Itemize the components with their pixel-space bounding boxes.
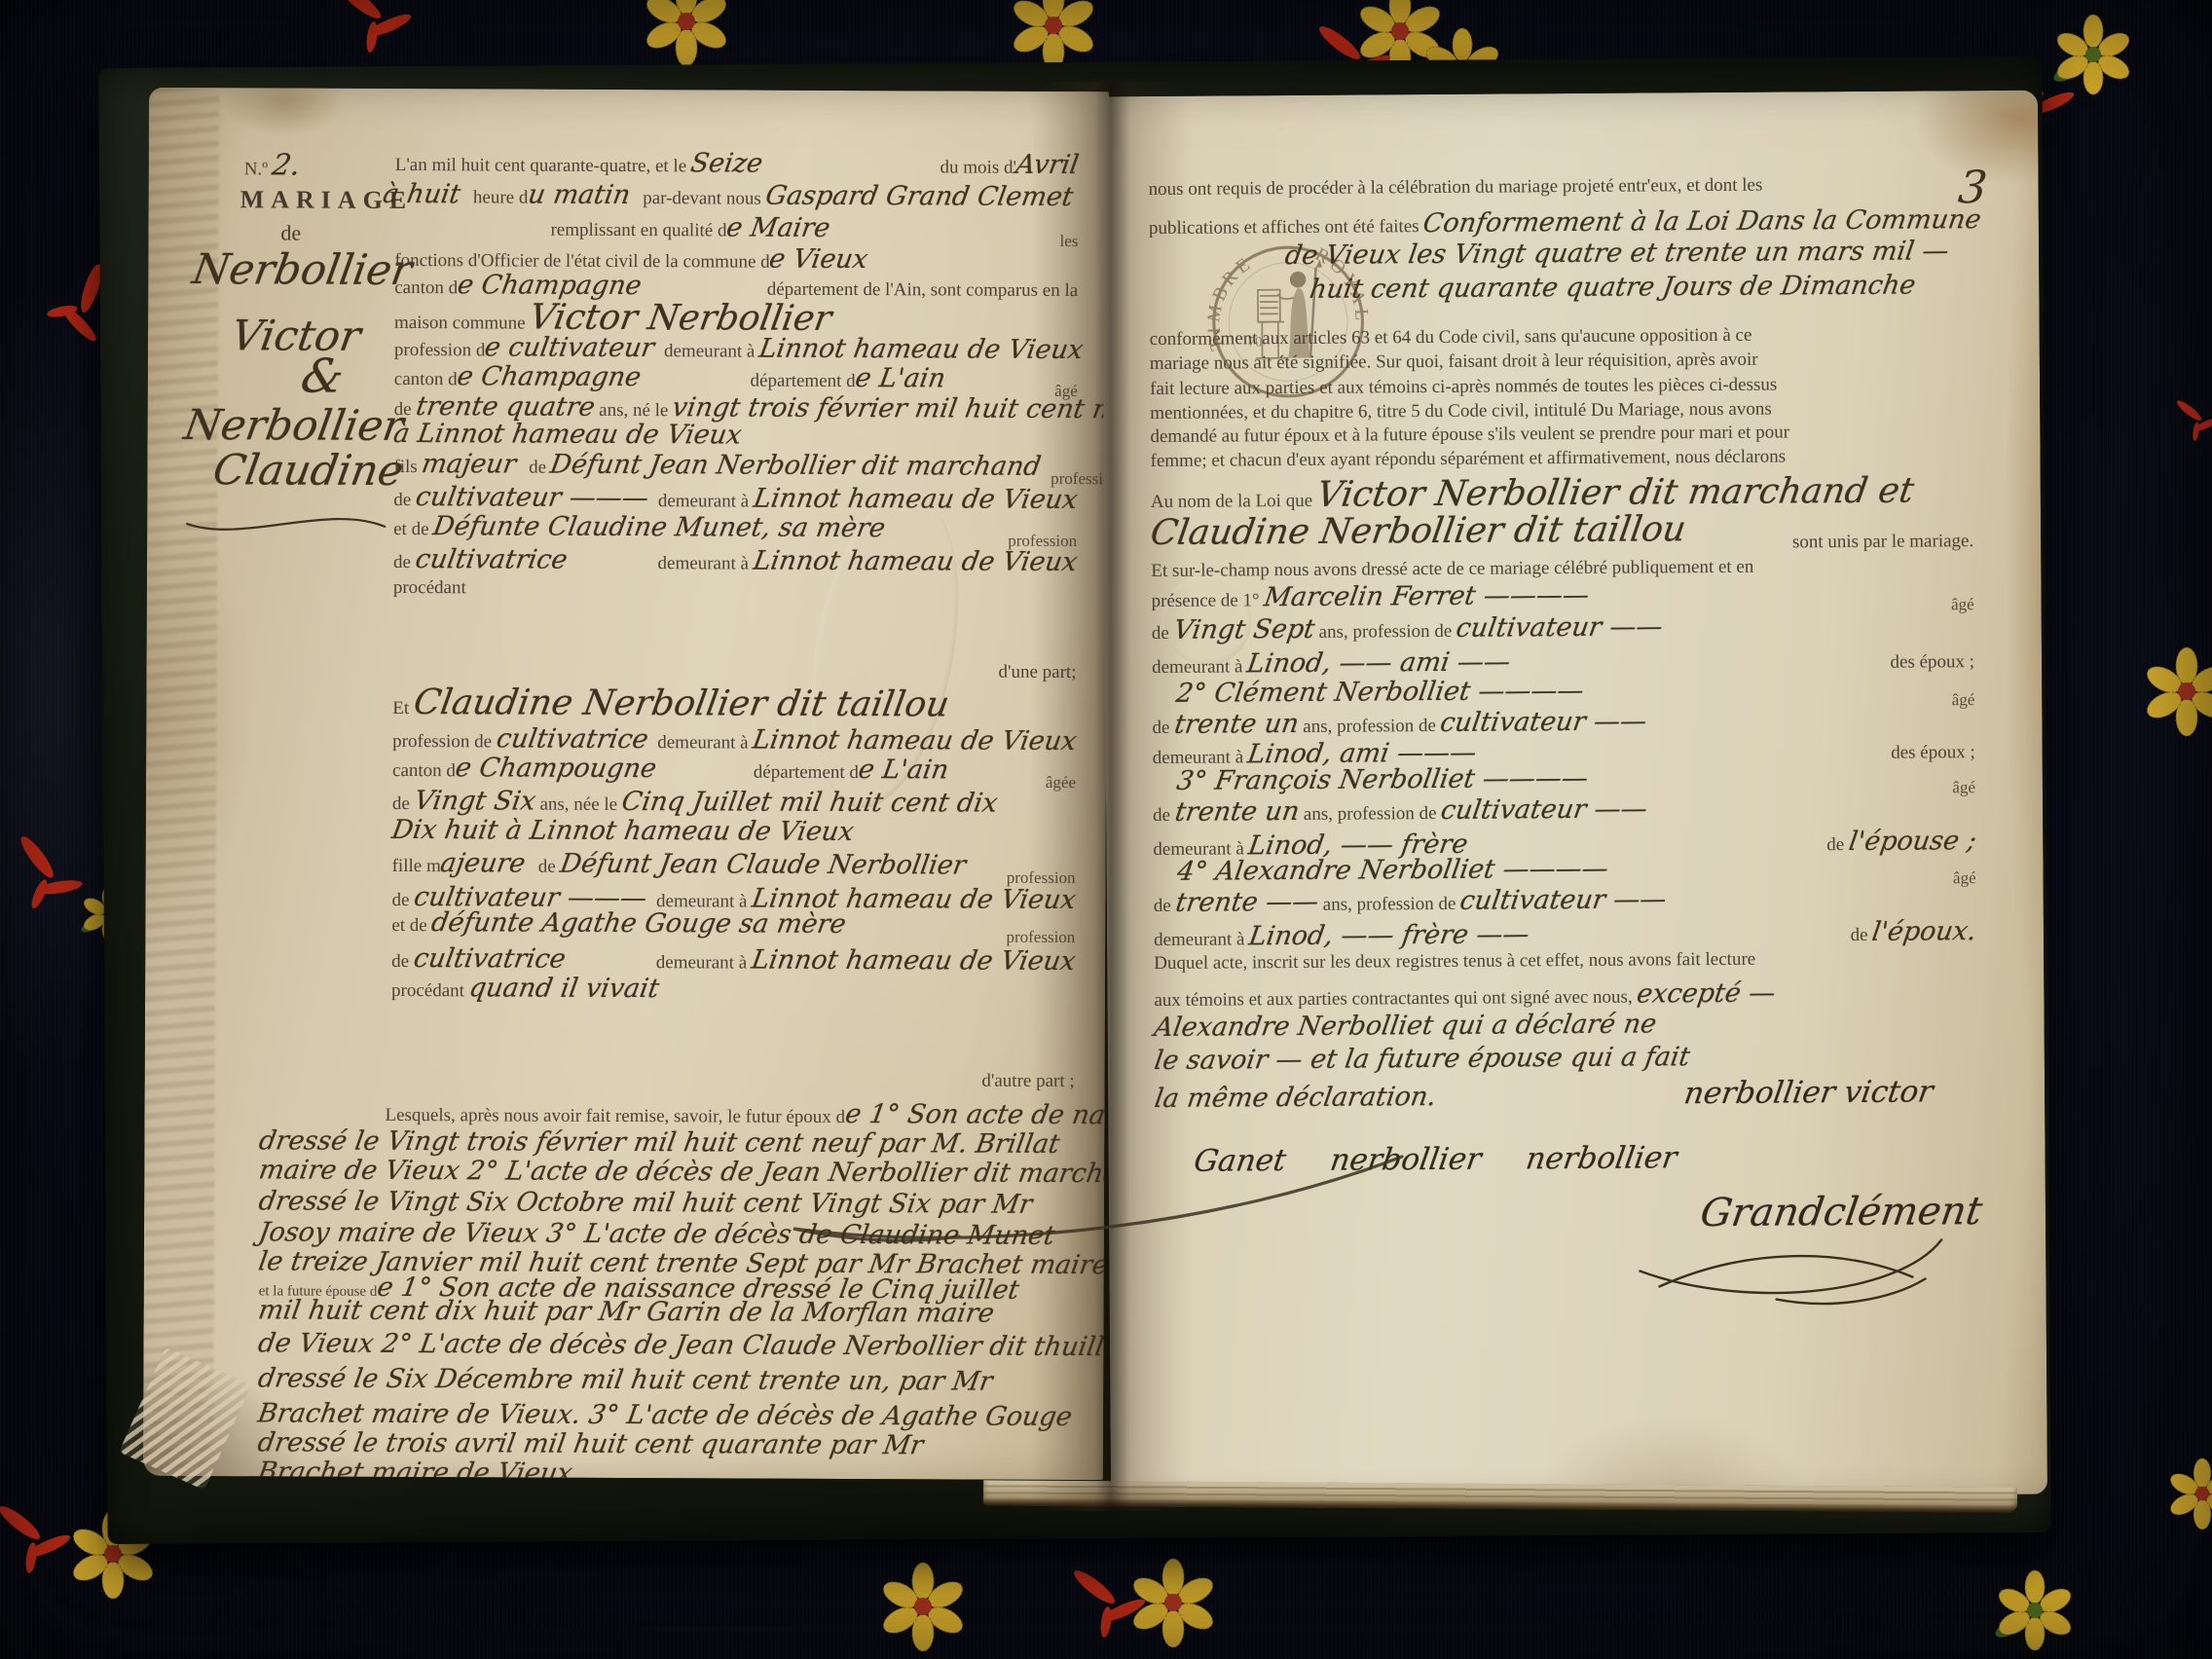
text-line: mentionnées, et du chapitre 6, titre 5 d…	[1150, 397, 1972, 424]
text-segment: Linnot hameau de Vieux	[749, 945, 1077, 977]
text-segment: ajeure	[438, 848, 535, 878]
text-segment: Linod, —— frère ——	[1247, 919, 1531, 951]
text-segment: de	[534, 857, 561, 878]
text-line: dressé le trois avril mil huit cent quar…	[258, 1427, 1073, 1461]
margin-name: &	[302, 350, 391, 404]
text-segment: Défunt Jean Nerbollier dit marchand	[548, 450, 1043, 482]
text-segment: Au nom de la Loi que	[1151, 491, 1317, 513]
text-segment: aux témoins et aux parties contractantes…	[1154, 987, 1637, 1012]
text-line: de Vieux 2° L'acte de décès de Jean Clau…	[258, 1328, 1073, 1362]
text-line: à Linnot hameau de Vieux	[393, 419, 1077, 452]
text-line: Et Claudine Nerbollier dit taillou	[392, 682, 1076, 725]
text-segment: département d	[754, 762, 859, 784]
text-line: demeurant à Linod, —— frère ——de l'époux…	[1154, 916, 1976, 952]
line-spacer	[1510, 668, 1890, 671]
margin-name: Nerbollier	[184, 401, 390, 451]
text-segment: fille m	[392, 856, 441, 877]
embroidered-flower	[874, 1558, 972, 1655]
text-segment: fait lecture aux parties et aux témoins …	[1150, 375, 1777, 400]
text-segment: Linnot hameau de Vieux	[751, 484, 1079, 515]
text-segment: par-devant nous	[638, 188, 765, 210]
text-segment: canton d	[394, 277, 458, 299]
text-segment: mentionnées, et du chapitre 6, titre 5 d…	[1150, 399, 1772, 424]
text-segment: trente quatre	[414, 391, 597, 423]
text-segment: trente un	[1172, 709, 1301, 740]
text-segment: Vingt Six	[412, 786, 537, 817]
text-line: L'an mil huit cent quarante-quatre, et l…	[395, 147, 1079, 180]
text-segment: du mois d'	[940, 157, 1015, 178]
text-line: de cultivateur ———demeurant à Linnot ham…	[393, 482, 1077, 515]
line-spacer	[1584, 696, 1952, 699]
line-spacer	[1608, 874, 1953, 876]
text-segment: département d	[750, 371, 855, 392]
text-segment: de	[524, 458, 551, 479]
text-segment: publications et affiches ont été faites	[1149, 216, 1424, 240]
text-segment: le savoir — et la future épouse qui a fa…	[1153, 1042, 1692, 1076]
text-segment: cultivateur ——	[1455, 611, 1665, 644]
text-segment: cultivateur ———	[413, 482, 650, 513]
text-segment: e cultivateur	[483, 332, 657, 363]
text-line: demandé au futur époux et à la future ép…	[1150, 421, 1972, 448]
text-segment: demeurant à	[656, 952, 752, 974]
text-segment: e 1° Son acte de naiss.	[843, 1099, 1110, 1130]
text-segment: de	[1152, 718, 1174, 739]
text-line: nous ont requis de procéder à la célébra…	[1149, 173, 1972, 201]
text-segment: e Maire	[724, 212, 832, 242]
text-segment: cultivatrice	[494, 723, 650, 755]
text-segment: ans, né le	[594, 400, 673, 422]
text-segment: cultivatrice	[411, 943, 568, 975]
text-segment: &	[297, 350, 348, 404]
text-line: 2° Clément Nerbolliet ————âgé	[1176, 673, 1974, 709]
text-segment: femme; et chacun d'eux ayant répondu sép…	[1151, 446, 1787, 472]
text-segment: profession de	[392, 731, 497, 753]
text-segment: e Champougne	[453, 753, 658, 784]
embroidered-sprig	[0, 1488, 84, 1585]
text-segment: Linnot hameau de Vieux	[751, 725, 1079, 756]
text-line: fait lecture aux parties et aux témoins …	[1150, 373, 1972, 400]
text-segment: de	[1153, 805, 1175, 827]
text-segment: de	[280, 220, 301, 245]
text-line: remplissant en qualité de Maireles	[550, 212, 1078, 244]
text-segment: Brachet maire de Vieux. 3° L'acte de déc…	[256, 1398, 1075, 1432]
text-segment: mil huit cent dix huit par Mr Garin de l…	[256, 1295, 996, 1328]
text-segment: huit cent quarante quatre Jours de Diman…	[1308, 271, 1918, 305]
text-segment: e Champagne	[455, 361, 643, 392]
text-segment: procédant	[393, 577, 466, 599]
text-segment: Défunt Jean Claude Nerbollier	[558, 849, 968, 881]
text-segment: trente un	[1172, 796, 1301, 828]
text-segment: cultivateur ——	[1439, 793, 1649, 826]
text-line: et de Défunte Claudine Munet, sa mèrepro…	[393, 511, 1077, 544]
line-spacer	[1436, 1103, 1684, 1105]
text-line: Dix huit à Linnot hameau de Vieux	[392, 815, 1076, 848]
embroidered-flower	[2138, 643, 2212, 740]
text-segment: 2.	[270, 148, 303, 182]
text-segment: dressé le trois avril mil huit cent quar…	[256, 1427, 926, 1460]
text-segment: 4° Alexandre Nerbolliet ————	[1175, 854, 1610, 887]
text-segment: conformément aux articles 63 et 64 du Co…	[1150, 325, 1752, 350]
text-segment: procédant	[391, 980, 469, 1002]
text-segment: ans, née le	[535, 794, 622, 816]
text-segment: Nerbollier	[181, 401, 407, 451]
line-spacer	[1588, 784, 1952, 787]
text-segment: excepté —	[1635, 978, 1778, 1010]
text-segment: u matin	[526, 180, 641, 210]
text-segment: de	[394, 399, 417, 421]
text-segment: sont unis par le mariage.	[1792, 531, 1973, 553]
text-segment: Lesquels, après nous avoir fait remise, …	[385, 1105, 845, 1128]
text-segment: de	[393, 552, 416, 573]
text-segment: Claudine	[209, 446, 407, 496]
text-segment: et de	[393, 519, 433, 540]
text-segment: à Linnot hameau de Vieux	[391, 419, 744, 451]
text-segment: remplissant en qualité d	[550, 220, 726, 242]
text-line: présence de 1° Marcelin Ferret ————âgé	[1151, 577, 1973, 613]
text-segment: Seize	[688, 148, 764, 178]
text-segment: majeur	[420, 449, 527, 479]
text-segment: de Vieux 2° L'acte de décès de Jean Clau…	[256, 1328, 1109, 1362]
text-segment: de	[1152, 623, 1174, 645]
text-line: de Vingt Sept ans, profession de cultiva…	[1152, 609, 1974, 645]
margin-name: Nerbollier	[193, 245, 391, 295]
embroidered-flower	[1986, 1562, 2083, 1659]
text-segment: demeurant à	[658, 553, 754, 574]
text-segment: 2° Clément Nerbolliet ————	[1174, 676, 1586, 709]
text-segment: profession	[1006, 928, 1075, 947]
text-segment: canton d	[394, 369, 458, 390]
text-segment: et de	[391, 915, 431, 937]
text-line: de Vieux les Vingt quatre et trente un m…	[1285, 236, 1972, 271]
text-line: Alexandre Nerbolliet qui a déclaré ne	[1155, 1007, 1977, 1043]
text-segment: Conformement à la Loi Dans la Commune	[1421, 204, 1983, 239]
text-segment: cultivatrice	[413, 544, 570, 575]
text-segment: de	[1154, 896, 1176, 917]
text-segment: Et sur-le-champ nous avons dressé acte d…	[1151, 557, 1753, 582]
text-segment: Alexandre Nerbolliet qui a déclaré ne	[1152, 1009, 1658, 1043]
text-line: canton de Champougnedépartement de L'ain…	[392, 753, 1076, 786]
text-segment: d'une part;	[999, 662, 1077, 683]
text-segment: Claudine Nerbollier dit taillou	[411, 682, 952, 724]
text-line: fils majeur de Défunt Jean Nerbollier di…	[393, 449, 1077, 482]
text-segment: Linnot hameau de Vieux	[751, 546, 1079, 577]
text-segment: N.º	[244, 159, 273, 180]
embroidered-flower	[1124, 1554, 1222, 1651]
text-segment: 3° François Nerbolliet ————	[1175, 763, 1591, 796]
text-segment: de	[391, 951, 414, 973]
text-segment: de	[393, 490, 416, 511]
text-segment: heure d	[468, 187, 528, 208]
act-title: MARIAGE	[240, 185, 392, 215]
text-segment: nerbollier	[1523, 1140, 1678, 1176]
text-segment: Dix huit à Linnot hameau de Vieux	[389, 815, 856, 847]
text-line: femme; et chacun d'eux ayant répondu sép…	[1151, 445, 1973, 472]
text-segment: Marcelin Ferret ————	[1262, 580, 1591, 612]
text-line: de Vingt Six ans, née le Cinq Juillet mi…	[392, 786, 1076, 819]
text-line: profession de cultivateurdemeurant à Lin…	[394, 332, 1078, 365]
text-segment: présence de 1°	[1152, 590, 1265, 612]
text-segment: e Champagne	[456, 270, 644, 301]
photo-of-marriage-register: N.º 2.MARIAGEdeNerbollierVictor&Nerbolli…	[0, 0, 2212, 1659]
text-segment: ans, profession de	[1314, 621, 1456, 644]
text-line: 4° Alexandre Nerbolliet ————âgé	[1177, 851, 1975, 887]
text-segment: de Vieux les Vingt quatre et trente un m…	[1283, 236, 1951, 271]
line-spacer	[1530, 940, 1851, 942]
text-line: Brachet maire de Vieux. 3° L'acte de déc…	[258, 1398, 1073, 1432]
text-segment: Avril	[1014, 150, 1081, 180]
text-line: de cultivatricedemeurant à Linnot hameau…	[391, 943, 1075, 977]
text-line: d'autre part ;	[391, 1068, 1075, 1092]
text-segment: e L'ain	[853, 363, 947, 393]
text-segment: à huit	[381, 179, 471, 209]
text-segment: demandé au futur époux et à la future ép…	[1150, 422, 1789, 448]
text-segment: Cinq Juillet mil huit cent dix	[619, 787, 999, 819]
text-segment: nous ont requis de procéder à la célébra…	[1149, 175, 1763, 201]
line-spacer	[1589, 601, 1951, 604]
text-segment: Et	[392, 698, 414, 719]
line-spacer	[391, 1084, 982, 1087]
text-segment: demeurant à	[1152, 656, 1247, 679]
text-segment: Linod, —— ami ——	[1245, 646, 1513, 679]
act-title-de: de	[280, 220, 391, 245]
line-spacer	[829, 237, 1059, 238]
text-segment: l'époux.	[1870, 916, 1978, 947]
text-segment: ans, profession de	[1318, 894, 1460, 916]
right-page: 3 TIMBRE ROYAL 70 nous ont requis de pro…	[1101, 91, 2047, 1501]
text-line: de cultivatricedemeurant à Linnot hameau…	[393, 544, 1077, 577]
text-segment: des époux ;	[1890, 651, 1974, 674]
text-segment: L'an mil huit cent quarante-quatre, et l…	[395, 155, 691, 177]
text-segment: cultivateur ——	[1458, 884, 1669, 916]
text-segment: demeurant à	[658, 491, 754, 512]
text-segment: Linnot hameau de Vieux	[757, 334, 1086, 365]
line-spacer	[641, 294, 766, 295]
act-number: N.º 2.	[244, 148, 392, 183]
text-segment: d'autre part ;	[981, 1071, 1074, 1092]
embroidered-sprig	[2169, 389, 2212, 448]
text-line: la même déclaration.nerbollier victor	[1155, 1074, 1977, 1115]
line-spacer	[762, 172, 940, 173]
text-line: profession de cultivatricedemeurant à Li…	[392, 723, 1076, 756]
text-segment: de	[1850, 925, 1872, 946]
text-line: le savoir — et la future épouse qui a fa…	[1155, 1040, 1977, 1076]
signature-ink-sweep	[779, 1139, 1421, 1285]
line-spacer	[846, 933, 1007, 934]
text-line: huit cent quarante quatre Jours de Diman…	[1309, 270, 1972, 305]
signature-paraph	[1615, 1218, 1967, 1318]
embroidered-sprig	[327, 0, 424, 64]
margin-flourish	[182, 497, 391, 551]
text-segment: Gaspard Grand Clemet	[763, 181, 1075, 212]
text-segment: canton d	[392, 760, 456, 782]
text-line: de trente un ans, profession de cultivat…	[1153, 792, 1975, 828]
embroidered-flower	[2163, 1455, 2212, 1532]
text-segment: demeurant à	[1154, 929, 1249, 951]
text-line: mariage nous ait été signifiée. Sur quoi…	[1150, 348, 1972, 375]
text-segment: de	[392, 793, 415, 815]
text-segment: Duquel acte, inscrit sur les deux regist…	[1154, 949, 1755, 975]
text-line: conformément aux articles 63 et 64 du Co…	[1150, 323, 1972, 350]
embroidered-flower	[638, 0, 735, 70]
text-line: procédant	[393, 577, 1077, 602]
text-line: mil huit cent dix huit par Mr Garin de l…	[259, 1295, 1074, 1329]
text-segment: quand il vivait	[466, 973, 661, 1004]
text-line: et de défunte Agathe Gouge sa mèreprofes…	[391, 907, 1075, 940]
text-line: à huit heure du matin par-devant nous Ga…	[384, 179, 1079, 212]
line-spacer	[392, 675, 998, 678]
text-line: fille majeure de Défunt Jean Claude Nerb…	[392, 848, 1076, 881]
text-segment: demeurant à	[664, 341, 759, 362]
text-segment: mariage nous ait été signifiée. Sur quoi…	[1150, 350, 1758, 375]
text-line: 3° François Nerbolliet ————âgé	[1177, 760, 1975, 796]
text-segment: la même déclaration.	[1153, 1082, 1439, 1114]
text-segment: cultivateur ——	[1438, 706, 1648, 738]
text-segment: nerbollier victor	[1681, 1074, 1935, 1111]
text-segment: défunte Agathe Gouge sa mère	[429, 907, 848, 940]
text-segment: profession d	[394, 340, 486, 361]
text-line: d'une part;	[392, 659, 1076, 683]
text-segment: ans, profession de	[1298, 716, 1440, 738]
text-line: dressé le Six Décembre mil huit cent tre…	[258, 1363, 1073, 1397]
text-segment: fils	[393, 457, 422, 478]
text-segment: Nerbollier	[189, 245, 415, 295]
text-line: Duquel acte, inscrit sur les deux regist…	[1154, 947, 1976, 975]
line-spacer	[885, 536, 1008, 537]
text-line: sont unis par le mariage.	[1151, 531, 1973, 558]
text-line: de trente —— ans, profession de cultivat…	[1154, 882, 1976, 918]
line-spacer	[1151, 547, 1792, 552]
text-line: procédant quand il vivait	[391, 973, 1075, 1006]
margin-name: Claudine	[213, 446, 390, 496]
text-segment: trente ——	[1173, 887, 1320, 918]
text-line: Brachet maire de Vieux	[258, 1456, 1073, 1480]
text-segment: Défunte Claudine Munet, sa mère	[431, 511, 888, 543]
text-segment: dressé le Six Décembre mil huit cent tre…	[256, 1363, 995, 1396]
text-segment: Vingt Sept	[1171, 614, 1316, 645]
text-line: publications et affiches ont été faites …	[1149, 204, 1972, 240]
text-segment: ans, profession de	[1299, 803, 1441, 826]
text-segment: e L'ain	[856, 755, 950, 785]
text-line: canton de Champagnedépartement de L'ainâ…	[394, 361, 1078, 394]
text-segment: demeurant à	[657, 732, 753, 754]
text-segment: e Vieux	[767, 244, 870, 275]
text-segment: Brachet maire de Vieux	[255, 1456, 574, 1480]
text-line: Lesquels, après nous avoir fait remise, …	[385, 1097, 1074, 1130]
